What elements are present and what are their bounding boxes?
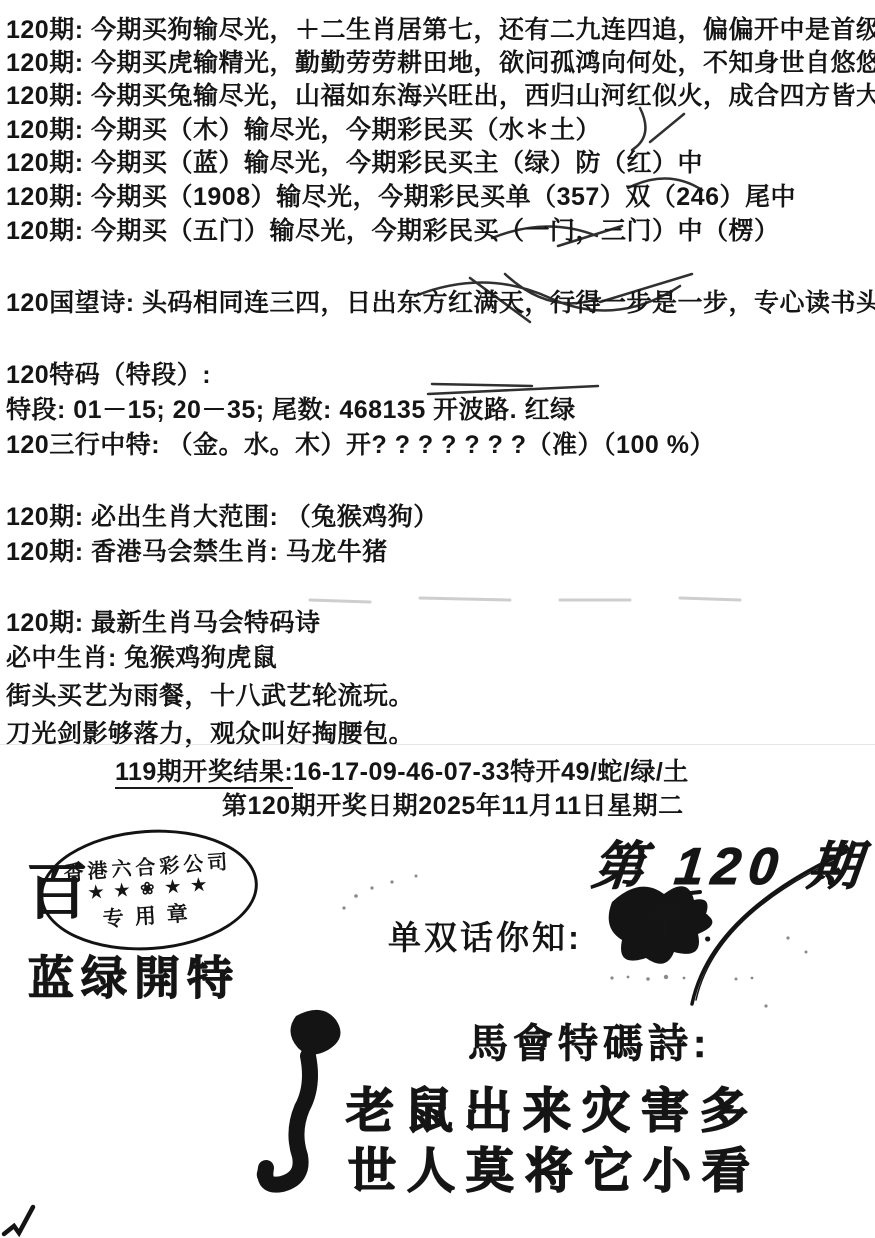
guowang-poem-line: 120国望诗: 头码相同连三四，日出东方红满天，行得一步是一步，专心读书头悬梁。	[6, 283, 875, 319]
zodiac-ban-line: 120期: 香港马会禁生肖: 马龙牛猪	[6, 532, 388, 568]
tip-line-6: 120期: 今期买（1908）输尽光，今期彩民买单（357）双（246）尾中	[6, 177, 796, 213]
tip-line-2: 120期: 今期买虎输精光，勤勤劳劳耕田地，欲问孤鸿向何处，不知身世自悠悠。	[6, 43, 875, 79]
danshuang-label: 单双话你知:	[388, 912, 582, 959]
tip-line-7: 120期: 今期买（五门）输尽光，今期彩民买（一门，三门）中（楞）	[6, 211, 780, 247]
scanned-lottery-sheet: 120期: 今期买狗输尽光，＋二生肖居第七，还有二九连四追，偏偏开中是首级。 1…	[0, 0, 875, 1238]
tip-line-5: 120期: 今期买（蓝）输尽光，今期彩民买主（绿）防（红）中	[6, 143, 703, 179]
zodiac-range-line: 120期: 必出生肖大范围: （兔猴鸡狗）	[6, 497, 439, 533]
snake-ink-mark	[260, 1010, 341, 1185]
mahui-poem-line-2: 世人莫将它小看	[348, 1132, 761, 1201]
tip-line-4: 120期: 今期买（木）输尽光，今期彩民买（水＊土）	[6, 110, 601, 146]
blue-green-slogan: 蓝绿開特	[28, 942, 240, 1008]
prev-draw-result: 119期开奖结果:16-17-09-46-07-33特开49/蛇/绿/土	[115, 752, 689, 788]
danshuang-colon: ：	[700, 905, 736, 952]
scan-smudge	[310, 598, 740, 602]
tema-sanhang: 120三行中特: （金。水。木）开? ? ? ? ? ? ?（准）（100 %）	[6, 425, 715, 461]
poem-bizhong: 必中生肖: 兔猴鸡狗虎鼠	[6, 638, 277, 674]
issue-heading: 第 120 期	[589, 824, 873, 899]
check-mark	[4, 1207, 33, 1234]
poem-title: 120期: 最新生肖马会特码诗	[6, 603, 320, 639]
scan-fold-line	[0, 744, 875, 745]
tip-line-1: 120期: 今期买狗输尽光，＋二生肖居第七，还有二九连四追，偏偏开中是首级。	[6, 10, 875, 46]
danshuang-scribble-hint: 干	[648, 895, 684, 942]
tip-line-3: 120期: 今期买兔输尽光，山福如东海兴旺出，西归山河红似火，成合四方皆大喜。	[6, 76, 875, 112]
tema-teduan: 特段: 01－15; 20－35; 尾数: 468135 开波路. 红绿	[6, 390, 576, 426]
prev-draw-value: 16-17-09-46-07-33特开49/蛇/绿/土	[293, 758, 689, 786]
seal-label: 专用章	[102, 896, 200, 933]
mahui-poem-line-1: 老鼠出来灾害多	[346, 1072, 759, 1141]
mahui-poem-title: 馬會特碼詩:	[468, 1012, 711, 1069]
prev-draw-label: 119期开奖结果:	[115, 758, 293, 789]
next-draw-date: 第120期开奖日期2025年11月11日星期二	[222, 786, 684, 822]
tema-title: 120特码（特段）:	[6, 355, 211, 391]
poem-verse-1: 街头买艺为雨餐，十八武艺轮流玩。	[6, 676, 414, 712]
